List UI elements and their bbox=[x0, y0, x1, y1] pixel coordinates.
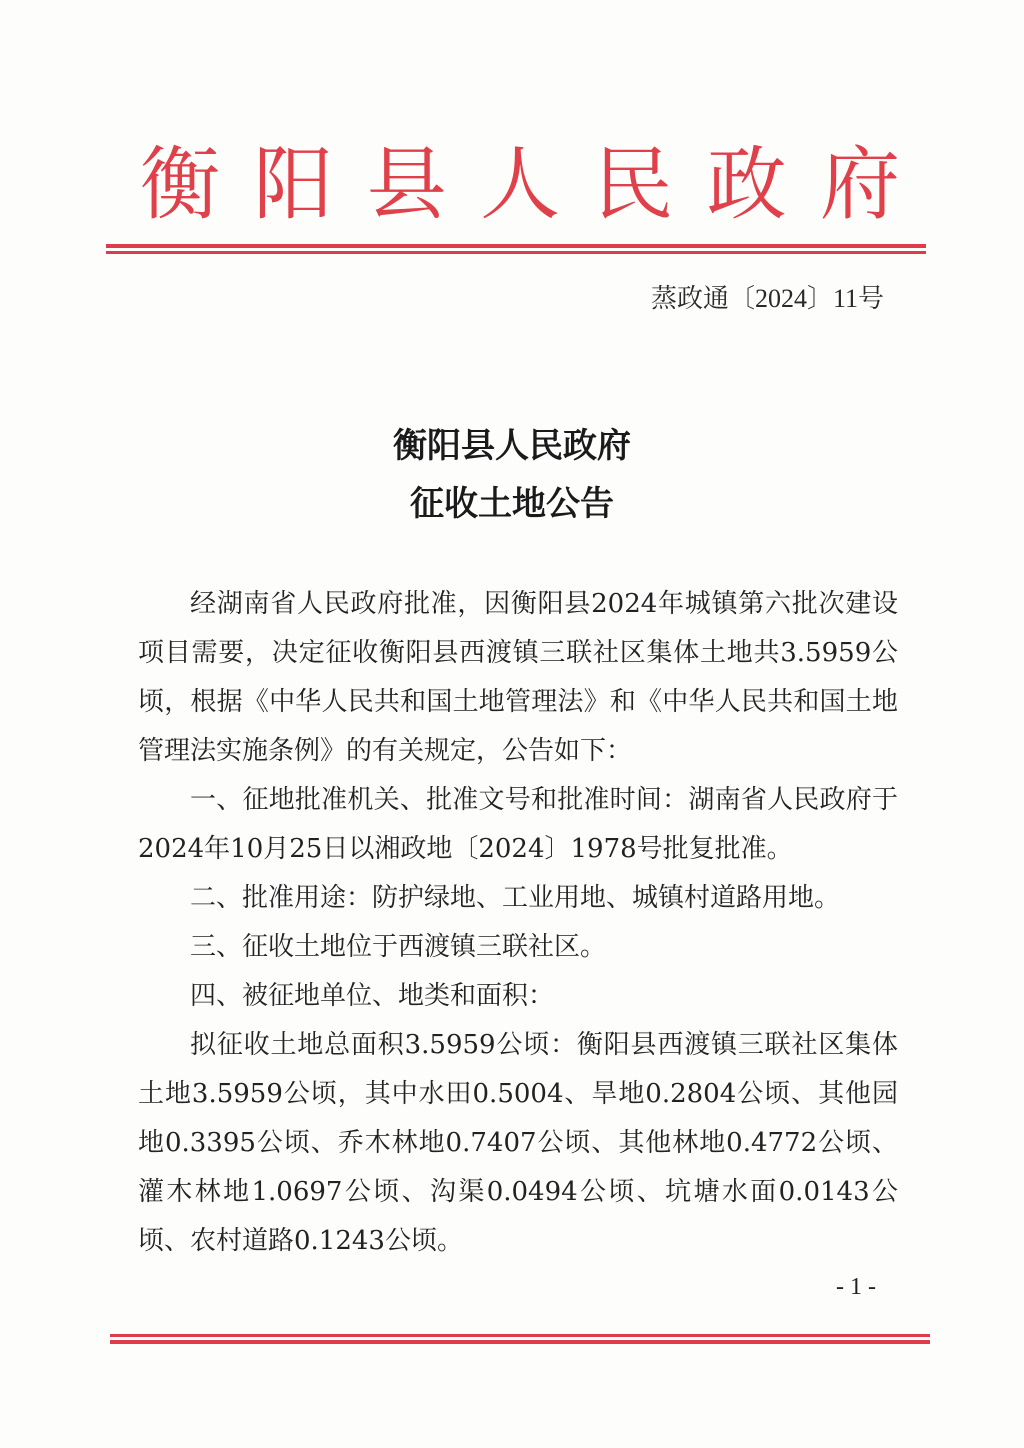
masthead-char: 人 bbox=[480, 145, 560, 225]
section-land-location: 三、征收土地位于西渡镇三联社区。 bbox=[138, 923, 898, 972]
document-number: 蒸政通〔2024〕11号 bbox=[651, 278, 884, 315]
document-page: 衡 阳 县 人 民 政 府 蒸政通〔2024〕11号 衡阳县人民政府 征收土地公… bbox=[0, 0, 1024, 1448]
notice-title-issuer: 衡阳县人民政府 bbox=[0, 418, 1024, 467]
intro-paragraph: 经湖南省人民政府批准，因衡阳县2024年城镇第六批次建设项目需要，决定征收衡阳县… bbox=[138, 580, 898, 776]
masthead-char: 政 bbox=[707, 145, 787, 225]
section-land-units-heading: 四、被征地单位、地类和面积： bbox=[138, 972, 898, 1021]
masthead-char: 县 bbox=[367, 145, 447, 225]
footer-red-divider bbox=[110, 1334, 930, 1344]
masthead-char: 阳 bbox=[253, 145, 333, 225]
notice-body: 经湖南省人民政府批准，因衡阳县2024年城镇第六批次建设项目需要，决定征收衡阳县… bbox=[138, 580, 898, 1266]
section-approval-authority: 一、征地批准机关、批准文号和批准时间：湖南省人民政府于2024年10月25日以湘… bbox=[138, 776, 898, 874]
notice-title-subject: 征收土地公告 bbox=[0, 476, 1024, 525]
page-number: - 1 - bbox=[836, 1274, 876, 1301]
masthead-title: 衡 阳 县 人 民 政 府 bbox=[140, 135, 900, 235]
masthead-char: 府 bbox=[820, 145, 900, 225]
divider-thick-line bbox=[110, 1340, 930, 1344]
masthead-char: 民 bbox=[593, 145, 673, 225]
section-approved-use: 二、批准用途：防护绿地、工业用地、城镇村道路用地。 bbox=[138, 874, 898, 923]
section-land-area-details: 拟征收土地总面积3.5959公顷：衡阳县西渡镇三联社区集体土地3.5959公顷，… bbox=[138, 1021, 898, 1266]
masthead-char: 衡 bbox=[140, 145, 220, 225]
header-red-divider bbox=[106, 244, 926, 254]
divider-thin-line bbox=[106, 251, 926, 254]
